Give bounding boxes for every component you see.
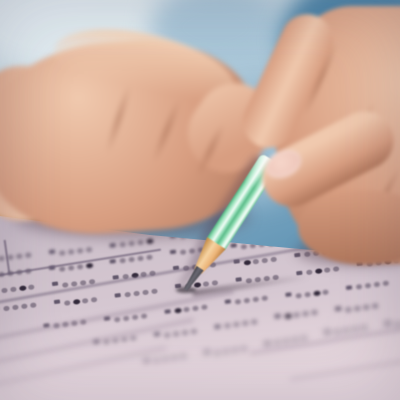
vignette-overlay (0, 0, 400, 400)
photo-scene (0, 0, 400, 400)
